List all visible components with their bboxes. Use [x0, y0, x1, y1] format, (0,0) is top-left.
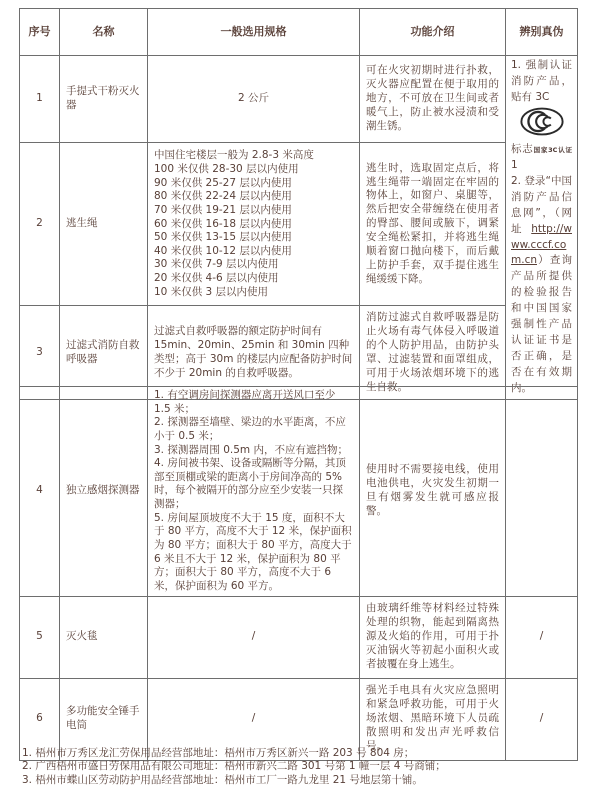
col-header-function: 功能介绍 [360, 9, 506, 56]
authenticity-step1-text: 1. 强制认证消防产品，贴有 3C [511, 59, 572, 103]
table-row-smoke-detector: 4 独立感烟探测器 1. 有空调房间探测器应离开送风口至少 1.5 米； 2. … [20, 387, 578, 597]
col-header-name: 名称 [60, 9, 148, 56]
cell-function: 使用时不需要接电线，使用电池供电，火灾发生初期一旦有烟雾发生就可感应报警。 [360, 387, 506, 597]
supplier-address-line: 2. 广西梧州市盛日劳保用品有限公司地址：梧州市新兴二路 301 号第 1 幢一… [22, 760, 578, 773]
header-row: 序号 名称 一般选用规格 功能介绍 辨别真伪 [20, 9, 578, 56]
cell-spec: / [148, 596, 360, 678]
table-row-escape-rope: 2 逃生绳 中国住宅楼层一般为 2.8-3 米高度 100 米仅供 28-30 … [20, 143, 578, 306]
authenticity-step2-suffix: ）查询产品所提供的检验报告和中国国家强制性产品认证证书是否正确，是否在有效期内。 [511, 254, 572, 394]
cell-function: 可在火灾初期时进行扑救，灭火器应配置在便于取用的地方，不可放在卫生间或者暖气上，… [360, 56, 506, 143]
cell-authenticity-merged: 1. 强制认证消防产品，贴有 3C 标志国家3C认证1 2. 登录“中国消防产品… [506, 56, 578, 400]
ccc-logo-caption: 国家3C认证 [534, 146, 572, 154]
cell-function: 逃生时，选取固定点后，将逃生绳带一端固定在牢固的物体上，如窗户、桌腿等，然后把安… [360, 143, 506, 306]
ccc-certification-icon [511, 107, 572, 142]
authenticity-footnote-number: 1 [511, 159, 518, 171]
supplier-address-line: 3. 梧州市蝶山区劳动防护用品经营部地址：梧州市工厂一路九龙里 21 号地层第十… [22, 774, 578, 787]
cell-serial: 4 [20, 387, 60, 597]
cell-authenticity: / [506, 596, 578, 678]
cell-spec: 1. 有空调房间探测器应离开送风口至少 1.5 米； 2. 探测器至墙壁、梁边的… [148, 387, 360, 597]
supplier-address-list: 1. 梧州市万秀区龙汇劳保用品经营部地址：梧州市万秀区新兴一路 203 号 80… [22, 747, 578, 787]
cell-function: 由玻璃纤维等材料经过特殊处理的织物，能起到隔离热源及火焰的作用，可用于扑灭油锅火… [360, 596, 506, 678]
col-header-serial: 序号 [20, 9, 60, 56]
supplier-address-line: 1. 梧州市万秀区龙汇劳保用品经营部地址：梧州市万秀区新兴一路 203 号 80… [22, 747, 578, 760]
col-header-spec: 一般选用规格 [148, 9, 360, 56]
cell-serial: 2 [20, 143, 60, 306]
equipment-table-lower: 4 独立感烟探测器 1. 有空调房间探测器应离开送风口至少 1.5 米； 2. … [19, 386, 578, 761]
equipment-table-upper: 序号 名称 一般选用规格 功能介绍 辨别真伪 1 手提式干粉灭火器 2 公斤 可… [19, 8, 578, 400]
cell-serial: 5 [20, 596, 60, 678]
cell-spec: 中国住宅楼层一般为 2.8-3 米高度 100 米仅供 28-30 层以内使用 … [148, 143, 360, 306]
table-row-extinguisher: 1 手提式干粉灭火器 2 公斤 可在火灾初期时进行扑救，灭火器应配置在便于取用的… [20, 56, 578, 143]
cell-serial: 1 [20, 56, 60, 143]
table-row-fire-blanket: 5 灭火毯 / 由玻璃纤维等材料经过特殊处理的织物，能起到隔离热源及火焰的作用，… [20, 596, 578, 678]
cell-name: 独立感烟探测器 [60, 387, 148, 597]
cell-spec: 2 公斤 [148, 56, 360, 143]
cell-name: 逃生绳 [60, 143, 148, 306]
fire-equipment-document: 序号 名称 一般选用规格 功能介绍 辨别真伪 1 手提式干粉灭火器 2 公斤 可… [0, 0, 590, 789]
authenticity-logo-label: 标志 [511, 143, 534, 155]
cell-authenticity [506, 387, 578, 597]
cell-name: 灭火毯 [60, 596, 148, 678]
col-header-authenticity: 辨别真伪 [506, 9, 578, 56]
cell-name: 手提式干粉灭火器 [60, 56, 148, 143]
